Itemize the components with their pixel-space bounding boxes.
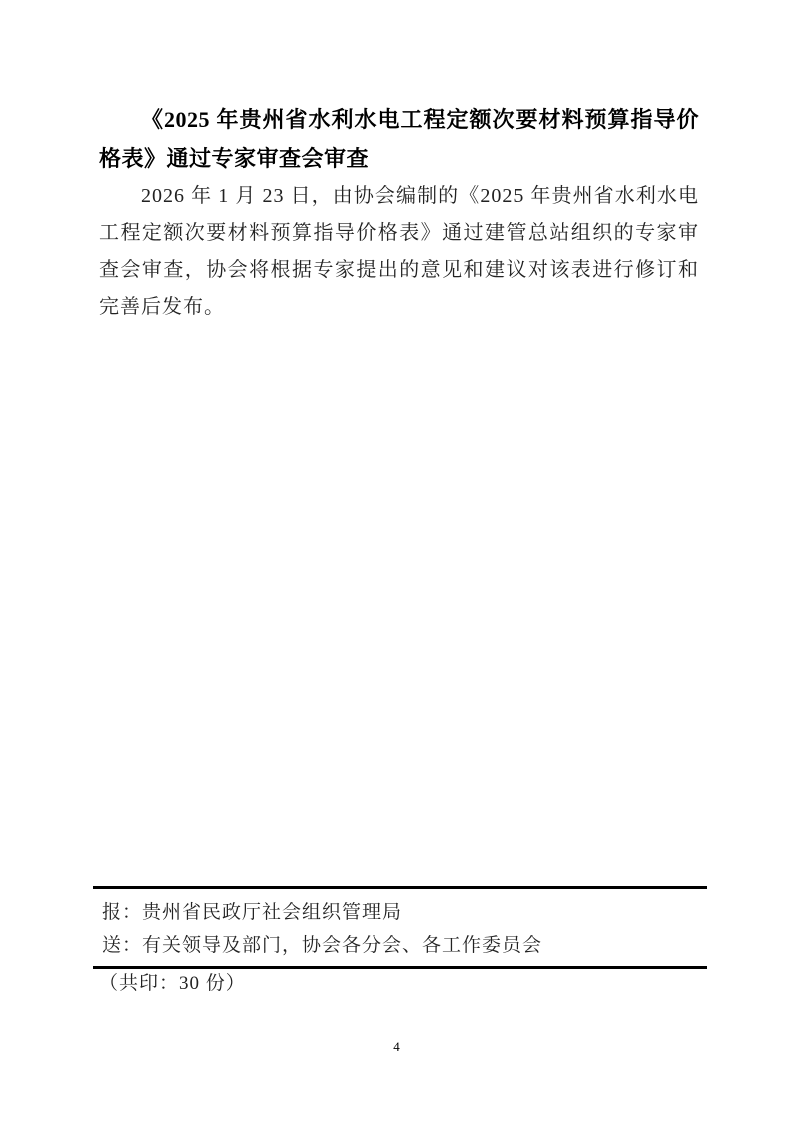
distribution-box: 报：贵州省民政厅社会组织管理局 送：有关领导及部门，协会各分会、各工作委员会 xyxy=(93,886,707,969)
page-number: 4 xyxy=(0,1039,793,1055)
body-paragraph: 2026 年 1 月 23 日，由协会编制的《2025 年贵州省水利水电工程定额… xyxy=(99,178,699,326)
document-title: 《2025 年贵州省水利水电工程定额次要材料预算指导价格表》通过专家审查会审查 xyxy=(99,100,699,178)
send-line: 送：有关领导及部门，协会各分会、各工作委员会 xyxy=(93,929,707,962)
document-page: 《2025 年贵州省水利水电工程定额次要材料预算指导价格表》通过专家审查会审查 … xyxy=(0,0,793,1122)
print-count: （共印：30 份） xyxy=(99,972,246,996)
report-line: 报：贵州省民政厅社会组织管理局 xyxy=(93,896,707,929)
